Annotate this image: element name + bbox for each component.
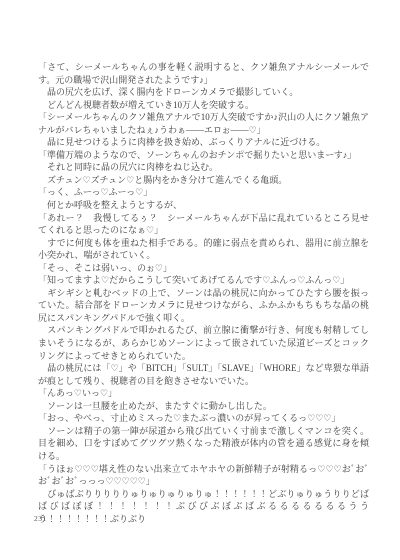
- paragraph: 「さて、シーメールちゃんの事を軽く説明すると、クソ雑魚アナルシーメールです。元の…: [38, 61, 369, 86]
- paragraph: 晶の桃尻には「♡」や「BITCH」「SULT」「SLAVE」「WHORE」など卑…: [38, 362, 369, 387]
- paragraph: ギシギシと軋むベッドの上で、ソーンは晶の桃尻に向かってひたすら腰を振っていた。結…: [38, 287, 369, 325]
- paragraph: 「準備万端のようなので、ソーンちゃんのおチンポで掘りたいと思いまーす♪」: [38, 149, 369, 162]
- paragraph: 「シーメールちゃんのクソ雑魚アナルで10万人突破ですか♪沢山の人にクソ雑魚アナル…: [38, 111, 369, 136]
- paragraph: 何とか呼吸を整えようとするが、: [38, 199, 369, 212]
- novel-page: 「さて、シーメールちゃんの事を軽く説明すると、クソ雑魚アナルシーメールです。元の…: [0, 0, 400, 560]
- body-text: 「さて、シーメールちゃんの事を軽く説明すると、クソ雑魚アナルシーメールです。元の…: [38, 61, 369, 525]
- paragraph: 晶の尻穴を広げ、深く腸内をドローンカメラで撮影していく。: [38, 86, 369, 99]
- paragraph: ズチュン♡ズチュン♡と腸内をかき分けて進んでくる亀頭。: [38, 174, 369, 187]
- paragraph: 「うほぉ♡♡♡堪え性のない出来立てホヤホヤの新鮮精子が射精るっ♡♡♡おﾞおﾞおﾞ…: [38, 463, 369, 488]
- paragraph: ソーンは一旦腰を止めたが、またすぐに動かし出した。: [38, 400, 369, 413]
- paragraph: 「おっ、やべっ、寸止めミスった♡またぶっ濃いのが昇ってくるっ♡♡♡」: [38, 412, 369, 425]
- paragraph: 晶に見せつけるように肉棒を扱き始め、ぶっくりアナルに近づける。: [38, 136, 369, 149]
- paragraph: スパンキングパドルで叩かれるたび、前立腺に衝撃が行き、何度も射精してしまいそうに…: [38, 324, 369, 362]
- paragraph: 「あれー？ 我慢してるぅ？ シーメールちゃんが下品に乱れているところ見せてくれる…: [38, 212, 369, 237]
- paragraph: 「そっ、そこは弱いっ、のぉ♡」: [38, 262, 369, 275]
- paragraph: びゅばぶりりりりりゅりゅりゅりゅりゅ！！！！！！どぶりゅりゅうりりどばばびばぼぼ…: [38, 488, 369, 526]
- paragraph: それと同時に晶の尻穴に肉棒をねじ込む。: [38, 161, 369, 174]
- paragraph: すでに何度も体を重ねた相手である。的確に弱点を責められ、器用に前立腺を小突かれ、…: [38, 237, 369, 262]
- paragraph: 「んあっ♡いっ♡」: [38, 387, 369, 400]
- paragraph: 「知ってますよ♡だからこうして突いてあげてるんです♡ふんっ♡ふんっ♡」: [38, 274, 369, 287]
- paragraph: どんどん視聴者数が増えていき10万人を突破する。: [38, 99, 369, 112]
- paragraph: 「っく、ふーっ♡ふーっ♡」: [38, 186, 369, 199]
- paragraph: ソーンは精子の第一陣が尿道から飛び出ていく寸前まで激しくマンコを突く。目を細め、…: [38, 425, 369, 463]
- page-number: 231: [34, 514, 47, 523]
